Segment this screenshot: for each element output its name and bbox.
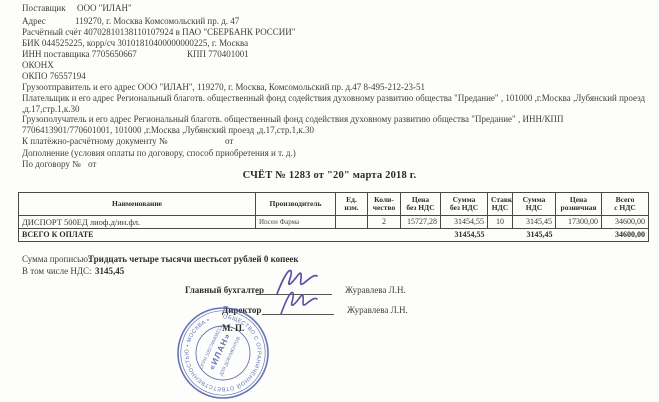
col-manufacturer: Производитель bbox=[256, 193, 336, 216]
total-sum-no-vat: 31454,55 bbox=[441, 229, 488, 242]
col-vat-rate: СтавкаНДС bbox=[488, 193, 513, 216]
item-manufacturer: Ипсен Фарма bbox=[256, 216, 336, 229]
total-vat-sum: 3145,45 bbox=[513, 229, 556, 242]
col-total-vat: Всегос НДС bbox=[602, 193, 649, 216]
consignee-line: Грузополучатель и его адрес Региональный… bbox=[22, 114, 652, 135]
col-qty: Коли-чество bbox=[368, 193, 401, 216]
okpo-line: ОКПО 76557194 bbox=[22, 71, 86, 82]
address-label: Адрес bbox=[22, 16, 46, 27]
col-name: Наименование bbox=[19, 193, 256, 216]
item-row: ДИСПОРТ 500ЕД лиоф.д/ин.фл. Ипсен Фарма … bbox=[19, 216, 649, 229]
table-header-row: Наименование Производитель Ед.изм. Коли-… bbox=[19, 193, 649, 216]
item-sum-no-vat: 31454,55 bbox=[441, 216, 488, 229]
item-price-no-vat: 15727,28 bbox=[401, 216, 441, 229]
okonh-line: ОКОНХ bbox=[22, 60, 54, 71]
inn-line: ИНН поставщика 7705650667 bbox=[22, 49, 137, 60]
item-qty: 2 bbox=[368, 216, 401, 229]
payment-doc-ot: от bbox=[225, 136, 233, 147]
invoice-title: СЧЁТ № 1283 от "20" марта 2018 г. bbox=[0, 171, 659, 182]
item-total-vat: 34600,00 bbox=[602, 216, 649, 229]
contract-label: По договору № bbox=[22, 159, 81, 170]
item-vat-sum: 3145,45 bbox=[513, 216, 556, 229]
invoice-document: Поставщик ООО "ИЛАН" Адрес 119270, г. Мо… bbox=[0, 0, 659, 402]
director-signature-ink bbox=[278, 288, 320, 318]
col-sum-no-vat: Суммабез НДС bbox=[441, 193, 488, 216]
address-value: 119270, г. Москва Комсомольский пр. д. 4… bbox=[75, 16, 239, 27]
shipper-line: Грузоотправитель и его адрес ООО "ИЛАН",… bbox=[22, 82, 425, 93]
amount-words-value: Тридцать четыре тысячи шестьсот рублей 0… bbox=[88, 254, 299, 265]
total-retail-empty bbox=[556, 229, 602, 242]
items-table: Наименование Производитель Ед.изм. Коли-… bbox=[18, 192, 649, 242]
col-vat-sum: СуммаНДС bbox=[513, 193, 556, 216]
item-retail-price: 17300,00 bbox=[556, 216, 602, 229]
account-line: Расчётный счёт 40702810138110107924 в ПА… bbox=[22, 27, 296, 38]
total-with-vat: 34600,00 bbox=[602, 229, 649, 242]
total-row: ВСЕГО К ОПЛАТЕ 31454,55 3145,45 34600,00 bbox=[19, 229, 649, 242]
contract-ot: от bbox=[88, 159, 96, 170]
supplier-label: Поставщик bbox=[22, 3, 66, 13]
supplier-name: ООО "ИЛАН" bbox=[77, 3, 132, 14]
vat-incl-label: В том числе НДС: bbox=[22, 266, 92, 277]
total-vat-rate-empty bbox=[488, 229, 513, 242]
supplier-row: Поставщик bbox=[22, 3, 66, 14]
amount-words-label: Сумма прописью: bbox=[22, 254, 91, 265]
director-name: Журавлева Л.Н. bbox=[347, 305, 408, 316]
kpp-line: КПП 770401001 bbox=[187, 49, 249, 60]
mp-label: М. П. bbox=[222, 323, 244, 334]
addition-line: Дополнение (условия оплаты по договору, … bbox=[22, 148, 296, 159]
accountant-label: Главный бухгалтер bbox=[185, 285, 264, 296]
total-label: ВСЕГО К ОПЛАТЕ bbox=[19, 229, 441, 242]
vat-incl-value: 3145,45 bbox=[95, 266, 124, 277]
col-price-no-vat: Ценабез НДС bbox=[401, 193, 441, 216]
item-name: ДИСПОРТ 500ЕД лиоф.д/ин.фл. bbox=[19, 216, 256, 229]
col-unit: Ед.изм. bbox=[336, 193, 368, 216]
payment-doc-label: К платёжно-расчётному документу № bbox=[22, 136, 168, 147]
payer-line: Плательщик и его адрес Региональный благ… bbox=[22, 93, 652, 114]
company-stamp: ОБЩЕСТВО С ОГРАНИЧЕННОЙ ОТВЕТСТВЕННОСТЬЮ… bbox=[176, 306, 270, 400]
col-retail-price: Ценарозничная bbox=[556, 193, 602, 216]
item-unit bbox=[336, 216, 368, 229]
item-vat-rate: 10 bbox=[488, 216, 513, 229]
bik-line: БИК 044525225, корр/сч 30101810400000000… bbox=[22, 38, 248, 49]
accountant-name: Журавлева Л.Н. bbox=[345, 285, 406, 296]
